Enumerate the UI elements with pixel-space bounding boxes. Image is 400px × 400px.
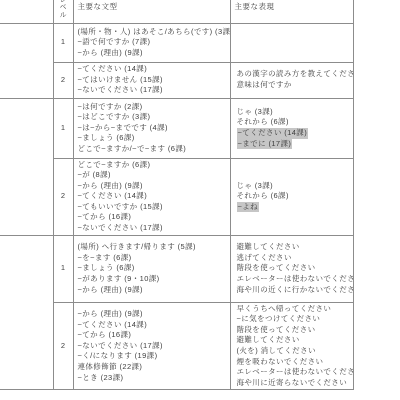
pattern-line: ~く/になります (19課) bbox=[78, 351, 228, 362]
patterns-cell: (場所・物・人) はあそこ/あちら(です) (3課)~語で何ですか (7課)~か… bbox=[73, 23, 230, 62]
expression-line: (火を) 消してください bbox=[237, 346, 351, 357]
pattern-line: ~てはいけません (15課) bbox=[78, 75, 228, 86]
expression-line: 避難してください bbox=[237, 242, 351, 253]
unit-cell bbox=[0, 98, 53, 235]
pattern-line: ~てもいいですか (15課) bbox=[78, 202, 228, 213]
expression-line: それから (6課) bbox=[237, 117, 351, 128]
unit-column-header bbox=[0, 0, 53, 23]
pattern-line: ~は何ですか (2課) bbox=[78, 102, 228, 113]
expression-line: じゃ (3課) bbox=[237, 107, 351, 118]
patterns-cell: ~から (理由) (9課)~てください (14課)~てから (16課)~ないでく… bbox=[73, 302, 230, 390]
highlighted-expression: ~よね bbox=[237, 202, 260, 213]
level-cell: 1 bbox=[53, 235, 73, 302]
expressions-cell: あの漢字の読み方を教えてください意味は何ですか bbox=[230, 62, 353, 98]
expression-line: 早くうちへ帰ってください bbox=[237, 304, 351, 315]
pattern-line: ~はどこですか (3課) bbox=[78, 112, 228, 123]
expression-line: それから (6課) bbox=[237, 191, 351, 202]
header-row: レベル 主要な文型 主要な表現 bbox=[0, 0, 353, 23]
pattern-line: (場所・物・人) はあそこ/あちら(です) (3課) bbox=[78, 27, 228, 38]
table-row: 2 ~から (理由) (9課)~てください (14課)~てから (16課)~ない… bbox=[0, 302, 353, 390]
pattern-line: ~から (理由) (9課) bbox=[78, 285, 228, 296]
expressions-cell: 避難してください逃げてください階段を使ってくださいエレベーターは使わないでくださ… bbox=[230, 235, 353, 302]
expressions-cell: 早くうちへ帰ってください~に気をつけてください階段を使ってください避難してくださ… bbox=[230, 302, 353, 390]
pattern-line: ~ないでください (17課) bbox=[78, 85, 228, 96]
pattern-line: ~が (8課) bbox=[78, 170, 228, 181]
level-cell: 1 bbox=[53, 98, 73, 158]
patterns-cell: (場所) へ行きます/帰ります (5課)~を~ます (6課)~ましょう (6課)… bbox=[73, 235, 230, 302]
table-row: 2 どこで~ますか (6課)~が (8課)~から (理由) (9課)~てください… bbox=[0, 158, 353, 235]
level-column-header: レベル bbox=[53, 0, 73, 23]
pattern-line: どこで~ますか/~で~ます (6課) bbox=[78, 144, 228, 155]
expression-line: 海や川に近寄らないでください bbox=[237, 378, 351, 389]
pattern-line: ~てください (14課) bbox=[78, 64, 228, 75]
expressions-cell bbox=[230, 23, 353, 62]
highlighted-expression: ~てください (14課) bbox=[237, 128, 309, 139]
table-row: 1 (場所・物・人) はあそこ/あちら(です) (3課)~語で何ですか (7課)… bbox=[0, 23, 353, 62]
pattern-line: ~とき (23課) bbox=[78, 373, 228, 384]
level-cell: 2 bbox=[53, 62, 73, 98]
pattern-line: ~から (理由) (9課) bbox=[78, 181, 228, 192]
pattern-line: ~を~ます (6課) bbox=[78, 253, 228, 264]
table-row: 2 ~てください (14課)~てはいけません (15課)~ないでください (17… bbox=[0, 62, 353, 98]
expression-line: ~に気をつけてください bbox=[237, 314, 351, 325]
level-cell: 2 bbox=[53, 302, 73, 390]
expression-line: ~よね bbox=[237, 202, 351, 213]
expressions-cell: じゃ (3課)それから (6課)~よね bbox=[230, 158, 353, 235]
pattern-line: (場所) へ行きます/帰ります (5課) bbox=[78, 242, 228, 253]
expression-line: 避難してください bbox=[237, 335, 351, 346]
pattern-line: ~てください (14課) bbox=[78, 191, 228, 202]
pattern-line: ~から (理由) (9課) bbox=[78, 309, 228, 320]
expression-line: 煙を吸わないでください bbox=[237, 357, 351, 368]
expression-line: 逃げてください bbox=[237, 253, 351, 264]
expression-line: エレベーターは使わないでください bbox=[237, 274, 351, 285]
pattern-line: ~ないでください (17課) bbox=[78, 223, 228, 234]
unit-cell bbox=[0, 23, 53, 98]
expression-line: 意味は何ですか bbox=[237, 80, 351, 91]
level-header-label: レベル bbox=[59, 0, 68, 19]
pattern-line: ~てください (14課) bbox=[78, 320, 228, 331]
expression-line: 階段を使ってください bbox=[237, 263, 351, 274]
patterns-cell: ~は何ですか (2課)~はどこですか (3課)~は~から~までです (4課)~ま… bbox=[73, 98, 230, 158]
pattern-line: どこで~ますか (6課) bbox=[78, 160, 228, 171]
table-row: 1 (場所) へ行きます/帰ります (5課)~を~ます (6課)~ましょう (6… bbox=[0, 235, 353, 302]
expressions-column-header: 主要な表現 bbox=[230, 0, 353, 23]
expression-line: あの漢字の読み方を教えてください bbox=[237, 69, 351, 80]
pattern-line: 連体修飾節 (22課) bbox=[78, 362, 228, 373]
unit-cell bbox=[0, 235, 53, 390]
expression-line: エレベーターは使わないでください bbox=[237, 367, 351, 378]
syllabus-table: レベル 主要な文型 主要な表現 1 (場所・物・人) はあそこ/あちら(です) … bbox=[0, 0, 354, 390]
pattern-line: ~語で何ですか (7課) bbox=[78, 37, 228, 48]
expression-line: ~までに (17課) bbox=[237, 139, 351, 150]
pattern-line: ~ないでください (17課) bbox=[78, 341, 228, 352]
expression-line: 海や川の近くに行かないでください bbox=[237, 285, 351, 296]
table-row: 1 ~は何ですか (2課)~はどこですか (3課)~は~から~までです (4課)… bbox=[0, 98, 353, 158]
expressions-cell: じゃ (3課)それから (6課)~てください (14課)~までに (17課) bbox=[230, 98, 353, 158]
highlighted-expression: ~までに (17課) bbox=[237, 139, 293, 150]
level-cell: 1 bbox=[53, 23, 73, 62]
level-cell: 2 bbox=[53, 158, 73, 235]
expression-line: じゃ (3課) bbox=[237, 181, 351, 192]
expression-line: ~てください (14課) bbox=[237, 128, 351, 139]
patterns-cell: どこで~ますか (6課)~が (8課)~から (理由) (9課)~てください (… bbox=[73, 158, 230, 235]
expression-line: 階段を使ってください bbox=[237, 325, 351, 336]
pattern-line: ~があります (9・10課) bbox=[78, 274, 228, 285]
patterns-column-header: 主要な文型 bbox=[73, 0, 230, 23]
pattern-line: ~ましょう (6課) bbox=[78, 263, 228, 274]
patterns-cell: ~てください (14課)~てはいけません (15課)~ないでください (17課) bbox=[73, 62, 230, 98]
pattern-line: ~は~から~までです (4課) bbox=[78, 123, 228, 134]
pattern-line: ~から (理由) (9課) bbox=[78, 48, 228, 59]
pattern-line: ~ましょう (6課) bbox=[78, 133, 228, 144]
pattern-line: ~てから (16課) bbox=[78, 212, 228, 223]
pattern-line: ~てから (16課) bbox=[78, 330, 228, 341]
